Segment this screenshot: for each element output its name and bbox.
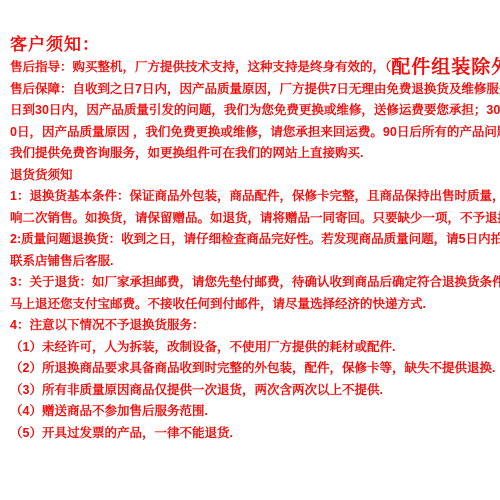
notice-line: 1：退换货基本条件：保证商品外包装，商品配件，保修卡完整，且商品保持出售时质量，…	[10, 186, 494, 208]
notice-text: 售后指导：购买整机，厂方提供技术支持，这种支持是终身有效的，（	[10, 60, 391, 74]
notice-line: 4：注意以下情况不予退换货服务：	[10, 315, 494, 337]
notice-highlight-text: 配件组装除外）。	[391, 57, 500, 78]
notice-body: 售后指导：购买整机，厂方提供技术支持，这种支持是终身有效的，（配件组装除外）。售…	[10, 57, 494, 444]
notice-line: （4）赠送商品不参加售后服务范围.	[10, 401, 494, 423]
notice-line: 日到30日内，因产品质量引发的问题，我们为您免费更换或维修，送修运费要您承担；3…	[10, 100, 494, 122]
notice-line: 退货货须知	[10, 165, 494, 187]
notice-line: （2）所退换商品要求具备商品收到时完整的外包装，配件，保修卡等，缺失不提供退换.	[10, 358, 494, 380]
notice-line: （1）未经许可，人为拆装，改制设备，不使用厂方提供的耗材或配件.	[10, 337, 494, 359]
notice-line: 售后保障：自收到之日7日内，因产品质量原因，厂方提供7日无理由免费退换货及维修服…	[10, 79, 494, 101]
notice-line: 响二次销售。如换货，请保留赠品。如退货，请将赠品一同寄回。只要缺少一项，不予退换…	[10, 208, 494, 230]
notice-line: 售后指导：购买整机，厂方提供技术支持，这种支持是终身有效的，（配件组装除外）。	[10, 57, 494, 79]
notice-line: （3）所有非质量原因商品仅提供一次退货，两次含两次以上不提供.	[10, 380, 494, 402]
customer-notice: 客户须知： 售后指导：购买整机，厂方提供技术支持，这种支持是终身有效的，（配件组…	[0, 0, 500, 444]
notice-line: 0日，因产品质量原因 ，我们免费更换或维修，请您承担来回运费。90日后所有的产品…	[10, 122, 494, 144]
notice-line: （5）开具过发票的产品，一律不能退货.	[10, 423, 494, 445]
notice-line: 2:质量问题退换货：收到之日，请仔细检查商品完好性。若发现商品质量问题，请5日内…	[10, 229, 494, 251]
notice-line: 3：关于退货：如厂家承担邮费，请您先垫付邮费，待确认收到商品后确定符合退换货条件…	[10, 272, 494, 294]
notice-line: 我们提供免费咨询服务，如更换组件可在我们的网站上直接购买.	[10, 143, 494, 165]
notice-line: 马上退还您支付宝邮费。不接收任何到付邮件，请尽量选择经济的快递方式.	[10, 294, 494, 316]
notice-title: 客户须知：	[10, 33, 494, 57]
notice-line: 联系店铺售后客服.	[10, 251, 494, 273]
